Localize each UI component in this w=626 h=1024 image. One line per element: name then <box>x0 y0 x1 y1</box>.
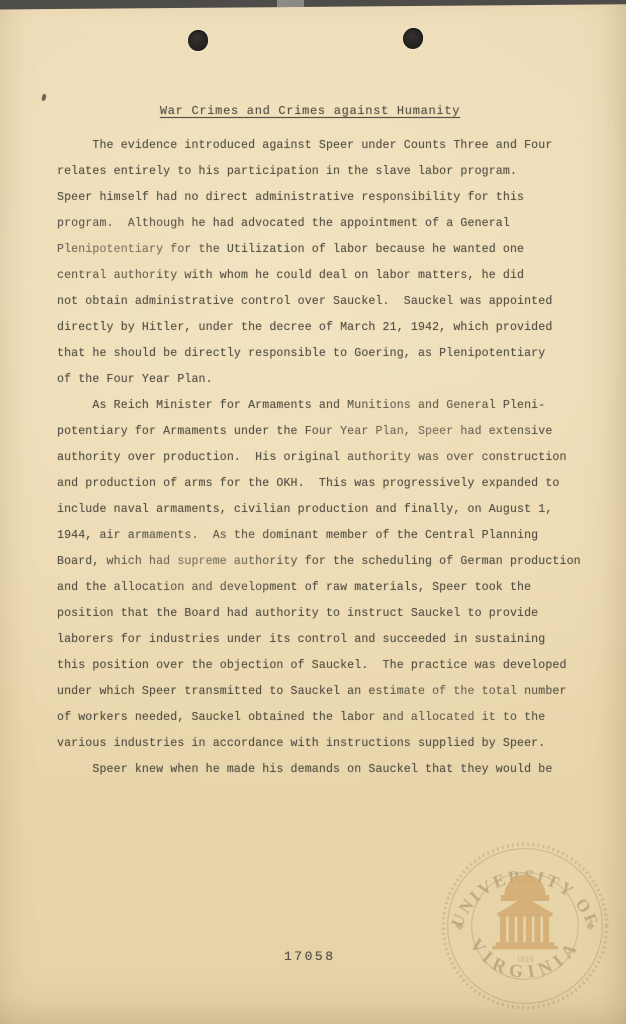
paragraph-3: Speer knew when he made his demands on S… <box>57 757 597 783</box>
text-line: not obtain administrative control over S… <box>57 289 597 315</box>
text-line: position that the Board had authority to… <box>57 601 597 627</box>
text-line: The evidence introduced against Speer un… <box>57 133 597 159</box>
page-number: 17058 <box>284 949 336 964</box>
scanner-edge-highlight <box>277 0 304 7</box>
text-line: include naval armaments, civilian produc… <box>57 497 597 523</box>
seal-year: 1819 <box>516 954 533 964</box>
text-line: authority over production. His original … <box>57 445 597 471</box>
university-of-virginia-seal-watermark: UNIVERSITY OF VIRGINIA 1819 <box>439 840 611 1012</box>
text-line: As Reich Minister for Armaments and Muni… <box>57 393 597 419</box>
text-line: central authority with whom he could dea… <box>57 263 597 289</box>
text-line: directly by Hitler, under the decree of … <box>57 315 597 341</box>
text-line: 1944, air armaments. As the dominant mem… <box>57 523 597 549</box>
scanned-document-page: UNIVERSITY OF VIRGINIA 1819 War Crimes a… <box>0 0 626 1024</box>
text-line: Board, which had supreme authority for t… <box>57 549 597 575</box>
text-line: that he should be directly responsible t… <box>57 341 597 367</box>
text-line: Plenipotentiary for the Utilization of l… <box>57 237 597 263</box>
text-line: relates entirely to his participation in… <box>57 159 597 185</box>
text-line: various industries in accordance with in… <box>57 731 597 757</box>
text-line: and production of arms for the OKH. This… <box>57 471 597 497</box>
text-line: laborers for industries under its contro… <box>57 627 597 653</box>
paragraph-2: As Reich Minister for Armaments and Muni… <box>57 393 597 757</box>
paragraph-1: The evidence introduced against Speer un… <box>57 133 597 393</box>
text-line: and the allocation and development of ra… <box>57 575 597 601</box>
text-line: program. Although he had advocated the a… <box>57 211 597 237</box>
text-line: potentiary for Armaments under the Four … <box>57 419 597 445</box>
text-line: Speer himself had no direct administrati… <box>57 185 597 211</box>
text-line: Speer knew when he made his demands on S… <box>57 757 597 783</box>
text-line: of the Four Year Plan. <box>57 367 597 393</box>
hole-punch-left <box>188 30 208 51</box>
document-text: The evidence introduced against Speer un… <box>57 133 597 783</box>
text-line: of workers needed, Sauckel obtained the … <box>57 705 597 731</box>
document-title: War Crimes and Crimes against Humanity <box>0 104 620 118</box>
text-line: under which Speer transmitted to Sauckel… <box>57 679 597 705</box>
text-line: this position over the objection of Sauc… <box>57 653 597 679</box>
